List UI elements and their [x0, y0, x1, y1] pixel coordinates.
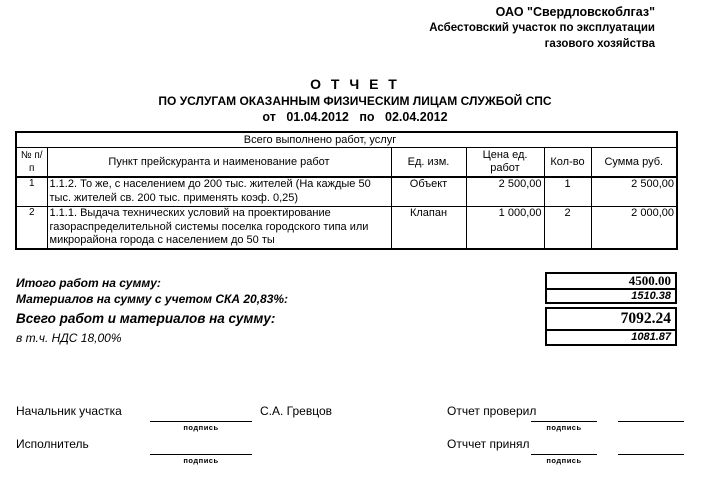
row-qty: 2	[544, 207, 591, 249]
report-period: от 01.04.2012 по 02.04.2012	[0, 110, 710, 124]
total-materials-value: 1510.38	[545, 288, 677, 304]
vat-value: 1081.87	[545, 329, 677, 346]
page-subtitle: ПО УСЛУГАМ ОКАЗАННЫМ ФИЗИЧЕСКИМ ЛИЦАМ СЛ…	[0, 94, 710, 108]
row-unit: Объект	[391, 177, 466, 207]
table-banner: Всего выполнено работ, услуг	[16, 132, 677, 148]
sig-role-chief: Начальник участка	[16, 404, 122, 418]
row-sum: 2 000,00	[591, 207, 677, 249]
org-header: ОАО "Свердловскоблгаз" Асбестовский учас…	[429, 4, 655, 52]
signature-line	[531, 440, 597, 455]
row-sum: 2 500,00	[591, 177, 677, 207]
total-works-label: Итого работ на сумму:	[16, 276, 161, 290]
sig-role-accepted: Отччет принял	[447, 437, 529, 451]
table-banner-row: Всего выполнено работ, услуг	[16, 132, 677, 148]
row-work-name: 1.1.1. Выдача технических условий на про…	[47, 207, 391, 249]
col-header-name: Пункт прейскуранта и наименование работ	[47, 148, 391, 178]
sig-role-checked: Отчет проверил	[447, 404, 536, 418]
row-work-name: 1.1.2. То же, с населением до 200 тыс. ж…	[47, 177, 391, 207]
row-unit: Клапан	[391, 207, 466, 249]
sig-role-executor: Исполнитель	[16, 437, 89, 451]
row-price: 1 000,00	[466, 207, 544, 249]
total-all-label: Всего работ и материалов на сумму:	[16, 311, 275, 326]
row-num: 1	[16, 177, 47, 207]
signature-caption: подпись	[150, 456, 252, 465]
signature-line	[618, 440, 684, 455]
signature-line	[150, 440, 252, 455]
signature-caption: подпись	[531, 456, 597, 465]
col-header-price: Цена ед. работ	[466, 148, 544, 178]
signature-caption: подпись	[150, 423, 252, 432]
sig-name-chief: С.А. Гревцов	[260, 404, 332, 418]
org-dept-line2: газового хозяйства	[429, 36, 655, 52]
col-header-sum: Сумма руб.	[591, 148, 677, 178]
table-row: 2 1.1.1. Выдача технических условий на п…	[16, 207, 677, 249]
signature-line	[150, 407, 252, 422]
table-header-row: № п/п Пункт прейскуранта и наименование …	[16, 148, 677, 178]
row-price: 2 500,00	[466, 177, 544, 207]
signature-caption: подпись	[531, 423, 597, 432]
col-header-unit: Ед. изм.	[391, 148, 466, 178]
signature-line	[531, 407, 597, 422]
org-name: ОАО "Свердловскоблгаз"	[429, 4, 655, 20]
org-dept-line1: Асбестовский участок по эксплуатации	[429, 20, 655, 36]
total-materials-label: Материалов на сумму с учетом СКА 20,83%:	[16, 292, 288, 306]
row-num: 2	[16, 207, 47, 249]
row-qty: 1	[544, 177, 591, 207]
total-all-value: 7092.24	[545, 307, 677, 331]
table-row: 1 1.1.2. То же, с населением до 200 тыс.…	[16, 177, 677, 207]
works-table: Всего выполнено работ, услуг № п/п Пункт…	[15, 131, 678, 250]
col-header-num: № п/п	[16, 148, 47, 178]
vat-label: в т.ч. НДС 18,00%	[16, 331, 122, 345]
page-title: О Т Ч Е Т	[0, 76, 710, 92]
signature-line	[618, 407, 684, 422]
report-document: { "header": { "org": "ОАО \"Свердловскоб…	[0, 0, 710, 496]
col-header-qty: Кол-во	[544, 148, 591, 178]
